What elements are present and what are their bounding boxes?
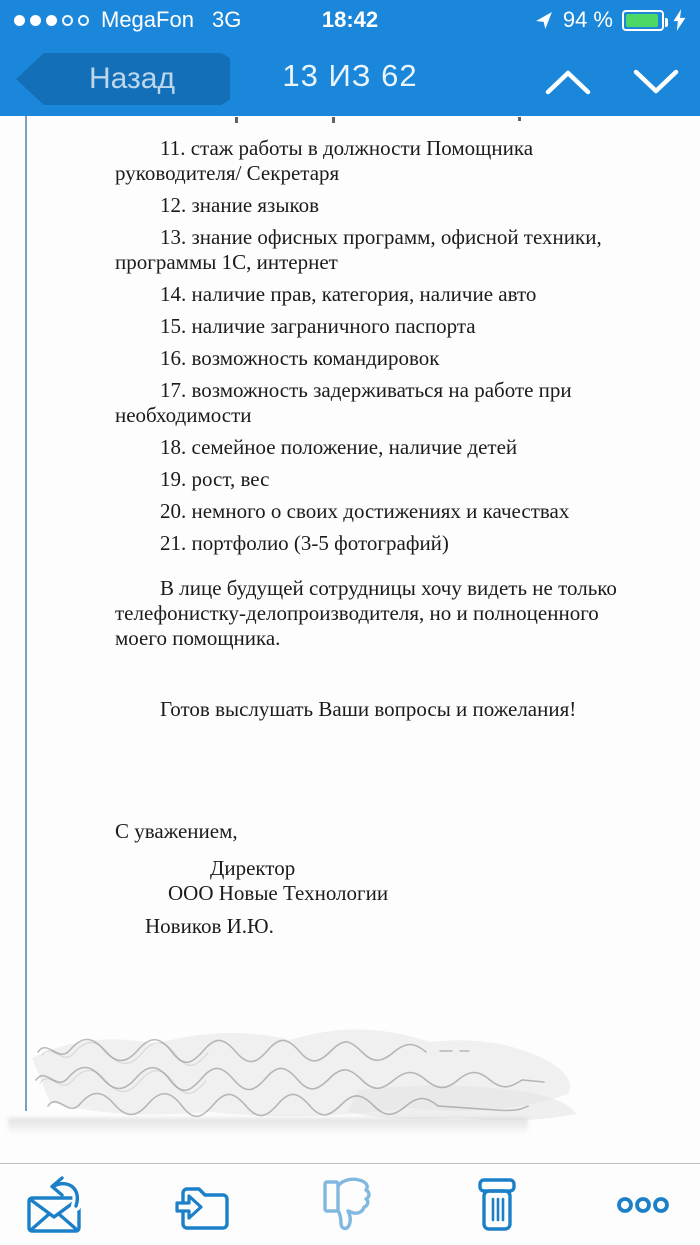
- handwritten-note: [28, 1020, 588, 1130]
- list-item: 18. семейное положение, наличие детей: [115, 435, 637, 460]
- page-bottom-shadow: [8, 1118, 528, 1134]
- previous-message-button[interactable]: [544, 68, 592, 99]
- signature-name: Новиков И.Ю.: [145, 914, 637, 939]
- list-item: 13. знание офисных программ, офисной тех…: [115, 225, 637, 275]
- signal-dot: [46, 15, 57, 26]
- paragraph: Готов выслушать Ваши вопросы и пожелания…: [115, 697, 637, 722]
- more-button[interactable]: [610, 1173, 676, 1237]
- list-item: 17. возможность задерживаться на работе …: [115, 378, 637, 428]
- reply-envelope-icon: [26, 1176, 88, 1234]
- battery-fill: [626, 14, 658, 27]
- document-text: 11. стаж работы в должности Помощника ру…: [115, 136, 637, 939]
- signal-dot: [14, 15, 25, 26]
- trash-icon: [466, 1176, 528, 1234]
- reply-button[interactable]: [24, 1173, 90, 1237]
- numbered-list: 11. стаж работы в должности Помощника ру…: [115, 136, 637, 556]
- back-button-label: Назад: [89, 62, 175, 96]
- back-button[interactable]: Назад: [16, 53, 230, 105]
- status-bar: MegaFon 3G 18:42 94 %: [0, 0, 700, 40]
- network-type-label: 3G: [212, 7, 241, 33]
- list-item: 14. наличие прав, категория, наличие авт…: [115, 282, 637, 307]
- paragraph: В лице будущей сотрудницы хочу видеть не…: [115, 576, 637, 651]
- list-item: 20. немного о своих достижениях и качест…: [115, 499, 637, 524]
- status-bar-right: 94 %: [535, 7, 686, 33]
- list-item: 11. стаж работы в должности Помощника ру…: [115, 136, 637, 186]
- closing-line: С уважением,: [115, 819, 637, 844]
- delete-button[interactable]: [464, 1173, 530, 1237]
- clipped-text-fragment: [332, 117, 335, 123]
- signal-dot: [78, 15, 89, 26]
- battery-percent-label: 94 %: [563, 7, 613, 33]
- more-ellipsis-icon: [612, 1176, 674, 1234]
- clipped-text-fragment: [235, 117, 238, 123]
- message-body-scroll-area[interactable]: 11. стаж работы в должности Помощника ру…: [0, 116, 700, 1162]
- junk-button[interactable]: [317, 1173, 383, 1237]
- move-to-folder-icon: [173, 1176, 235, 1234]
- signal-dot: [30, 15, 41, 26]
- battery-icon: [622, 10, 664, 31]
- carrier-label: MegaFon: [101, 7, 194, 33]
- chevron-down-icon: [632, 68, 680, 96]
- mail-viewer-screen: MegaFon 3G 18:42 94 % Назад 13 ИЗ 62: [0, 0, 700, 1245]
- location-arrow-icon: [535, 11, 554, 30]
- next-message-button[interactable]: [632, 68, 680, 99]
- thumbs-down-icon: [319, 1176, 381, 1234]
- chevron-up-icon: [544, 68, 592, 96]
- signal-strength-indicator: [14, 15, 89, 26]
- list-item: 15. наличие заграничного паспорта: [115, 314, 637, 339]
- list-item: 21. портфолио (3-5 фотографий): [115, 531, 637, 556]
- battery-nub: [665, 18, 668, 27]
- signature-company: ООО Новые Технологии: [168, 881, 637, 906]
- page-edge-line: [25, 116, 27, 1111]
- list-item: 12. знание языков: [115, 193, 637, 218]
- nav-bar: Назад 13 ИЗ 62: [0, 40, 700, 116]
- signal-dot: [62, 15, 73, 26]
- list-item: 19. рост, вес: [115, 467, 637, 492]
- bottom-toolbar: [0, 1163, 700, 1245]
- move-to-folder-button[interactable]: [171, 1173, 237, 1237]
- clipped-text-fragment: [518, 117, 521, 121]
- list-item: 16. возможность командировок: [115, 346, 637, 371]
- signature-role: Директор: [210, 856, 637, 881]
- charging-bolt-icon: [673, 9, 686, 31]
